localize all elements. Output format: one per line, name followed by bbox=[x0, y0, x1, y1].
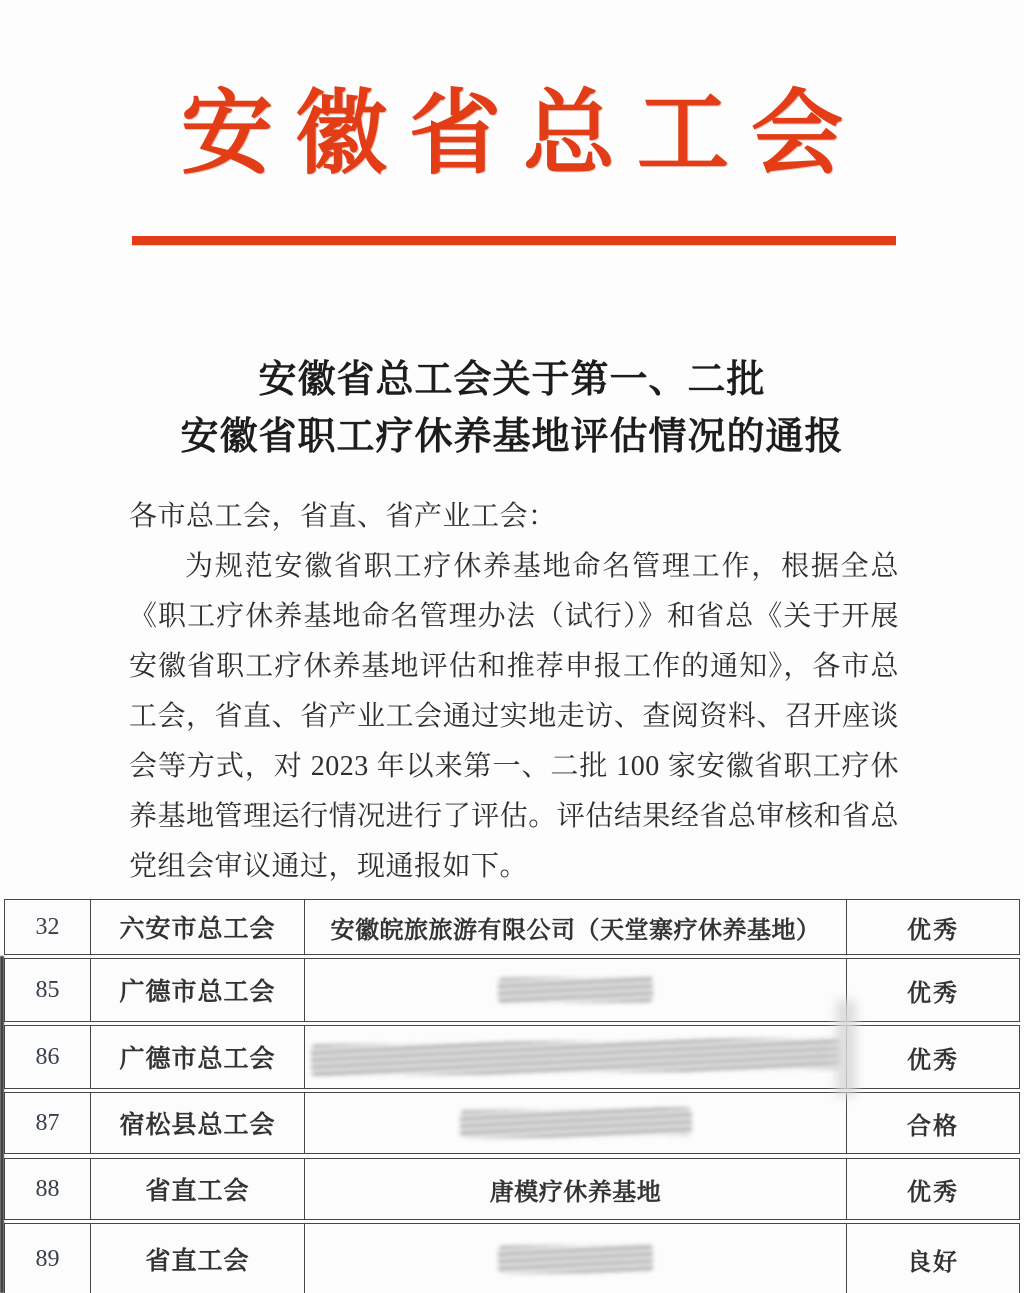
base-name-cell: 唐模疗休养基地 bbox=[305, 1159, 847, 1219]
masthead-divider-rule bbox=[132, 236, 896, 245]
base-name-cell: 安徽皖旅旅游有限公司（天堂寨疗休养基地） bbox=[305, 900, 847, 954]
rating-cell: 合格 bbox=[847, 1093, 1019, 1153]
row-number-cell: 87 bbox=[5, 1093, 91, 1153]
document-title-line2: 安徽省职工疗休养基地评估情况的通报 bbox=[0, 409, 1024, 466]
base-name-cell bbox=[305, 959, 847, 1021]
document-title-line1: 安徽省总工会关于第一、二批 bbox=[0, 352, 1024, 409]
union-name-cell: 六安市总工会 bbox=[91, 900, 305, 954]
row-number-cell: 88 bbox=[5, 1159, 91, 1219]
base-name-cell bbox=[305, 1224, 847, 1293]
table-row: 89 省直工会 良好 bbox=[4, 1223, 1020, 1293]
union-name-cell: 省直工会 bbox=[91, 1224, 305, 1293]
union-name-cell: 广德市总工会 bbox=[91, 1026, 305, 1088]
union-name-cell: 广德市总工会 bbox=[91, 959, 305, 1021]
table-row: 87 宿松县总工会 合格 bbox=[4, 1092, 1020, 1154]
body-paragraph: 为规范安徽省职工疗休养基地命名管理工作，根据全总《职工疗休养基地命名管理办法（试… bbox=[129, 542, 899, 892]
row-number-cell: 89 bbox=[5, 1224, 91, 1293]
redacted-base-name bbox=[498, 976, 653, 1004]
evaluation-table: 32 六安市总工会 安徽皖旅旅游有限公司（天堂寨疗休养基地） 优秀 85 广德市… bbox=[4, 899, 1020, 1293]
row-number-cell: 32 bbox=[5, 900, 91, 954]
table-row: 88 省直工会 唐模疗休养基地 优秀 bbox=[4, 1158, 1020, 1220]
table-row: 32 六安市总工会 安徽皖旅旅游有限公司（天堂寨疗休养基地） 优秀 bbox=[4, 899, 1020, 955]
row-number-cell: 85 bbox=[5, 959, 91, 1021]
rating-cell: 优秀 bbox=[847, 900, 1019, 954]
scan-artifact-smudge bbox=[836, 1000, 856, 1096]
redacted-base-name bbox=[459, 1107, 691, 1138]
redacted-base-name bbox=[310, 1037, 840, 1076]
page-edge-shadow bbox=[0, 956, 4, 1293]
base-name-cell bbox=[305, 1026, 847, 1088]
redacted-base-name bbox=[498, 1244, 653, 1274]
table-row: 85 广德市总工会 优秀 bbox=[4, 958, 1020, 1022]
union-name-cell: 宿松县总工会 bbox=[91, 1093, 305, 1153]
rating-cell: 良好 bbox=[847, 1224, 1019, 1293]
rating-cell: 优秀 bbox=[847, 1026, 1019, 1088]
rating-cell: 优秀 bbox=[847, 1159, 1019, 1219]
base-name-cell bbox=[305, 1093, 847, 1153]
union-name-cell: 省直工会 bbox=[91, 1159, 305, 1219]
table-row: 86 广德市总工会 优秀 bbox=[4, 1025, 1020, 1089]
scanned-document-page: 安徽省总工会 安徽省总工会关于第一、二批 安徽省职工疗休养基地评估情况的通报 各… bbox=[0, 0, 1024, 1293]
row-number-cell: 86 bbox=[5, 1026, 91, 1088]
masthead-title: 安徽省总工会 bbox=[0, 84, 1024, 185]
salutation-line: 各市总工会，省直、省产业工会： bbox=[129, 492, 899, 542]
document-title: 安徽省总工会关于第一、二批 安徽省职工疗休养基地评估情况的通报 bbox=[0, 352, 1024, 466]
document-body: 各市总工会，省直、省产业工会： 为规范安徽省职工疗休养基地命名管理工作，根据全总… bbox=[129, 492, 899, 892]
rating-cell: 优秀 bbox=[847, 959, 1019, 1021]
